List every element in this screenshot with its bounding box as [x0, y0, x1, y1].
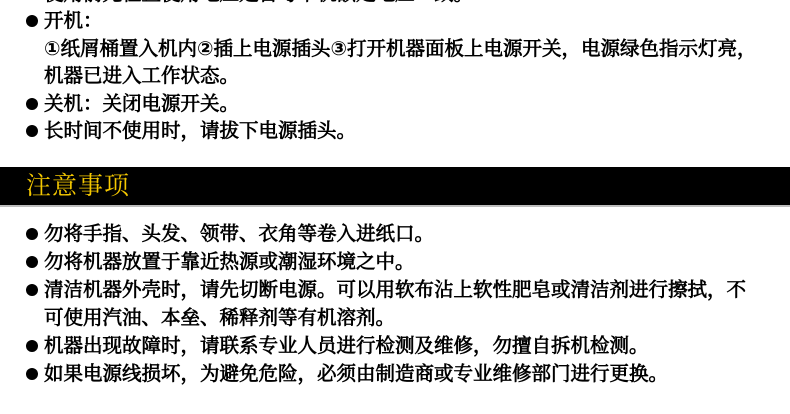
- power-on-steps-continued: 机器已进入工作状态。: [44, 62, 239, 90]
- bullet-icon: [26, 98, 38, 110]
- power-off-item: 关机：关闭电源开关。: [44, 90, 239, 118]
- bullet-icon: [26, 256, 38, 268]
- note-item: 机器出现故障时，请联系专业人员进行检测及维修，勿擅自拆机检测。: [44, 332, 649, 360]
- power-on-steps: ①纸屑桶置入机内②插上电源插头③打开机器面板上电源开关，电源绿色指示灯亮，: [44, 35, 757, 63]
- bullet-icon: [26, 284, 38, 296]
- note-item: 勿将手指、头发、领带、衣角等卷入进纸口。: [44, 220, 434, 248]
- bullet-icon: [26, 15, 38, 27]
- note-item: 勿将机器放置于靠近热源或潮湿环境之中。: [44, 248, 415, 276]
- notes-section-title: 注意事项: [26, 167, 130, 205]
- bullet-icon: [26, 125, 38, 137]
- bullet-icon: [26, 368, 38, 380]
- bullet-icon: [26, 340, 38, 352]
- notes-section-header: 注意事项: [0, 167, 790, 207]
- bullet-icon: [26, 228, 38, 240]
- note-item: 清洁机器外壳时，请先切断电源。可以用软布沾上软性肥皂或清洁剂进行擦拭，不: [44, 276, 746, 304]
- power-on-label: 开机：: [44, 7, 103, 35]
- cut-off-line: 使用前先检查使用电压是否与本机额定电压一致。: [44, 0, 473, 8]
- unplug-item: 长时间不使用时，请拔下电源插头。: [44, 117, 356, 145]
- note-item: 如果电源线损坏，为避免危险，必须由制造商或专业维修部门进行更换。: [44, 360, 668, 388]
- note-item-continued: 可使用汽油、本垒、稀释剂等有机溶剂。: [44, 304, 395, 332]
